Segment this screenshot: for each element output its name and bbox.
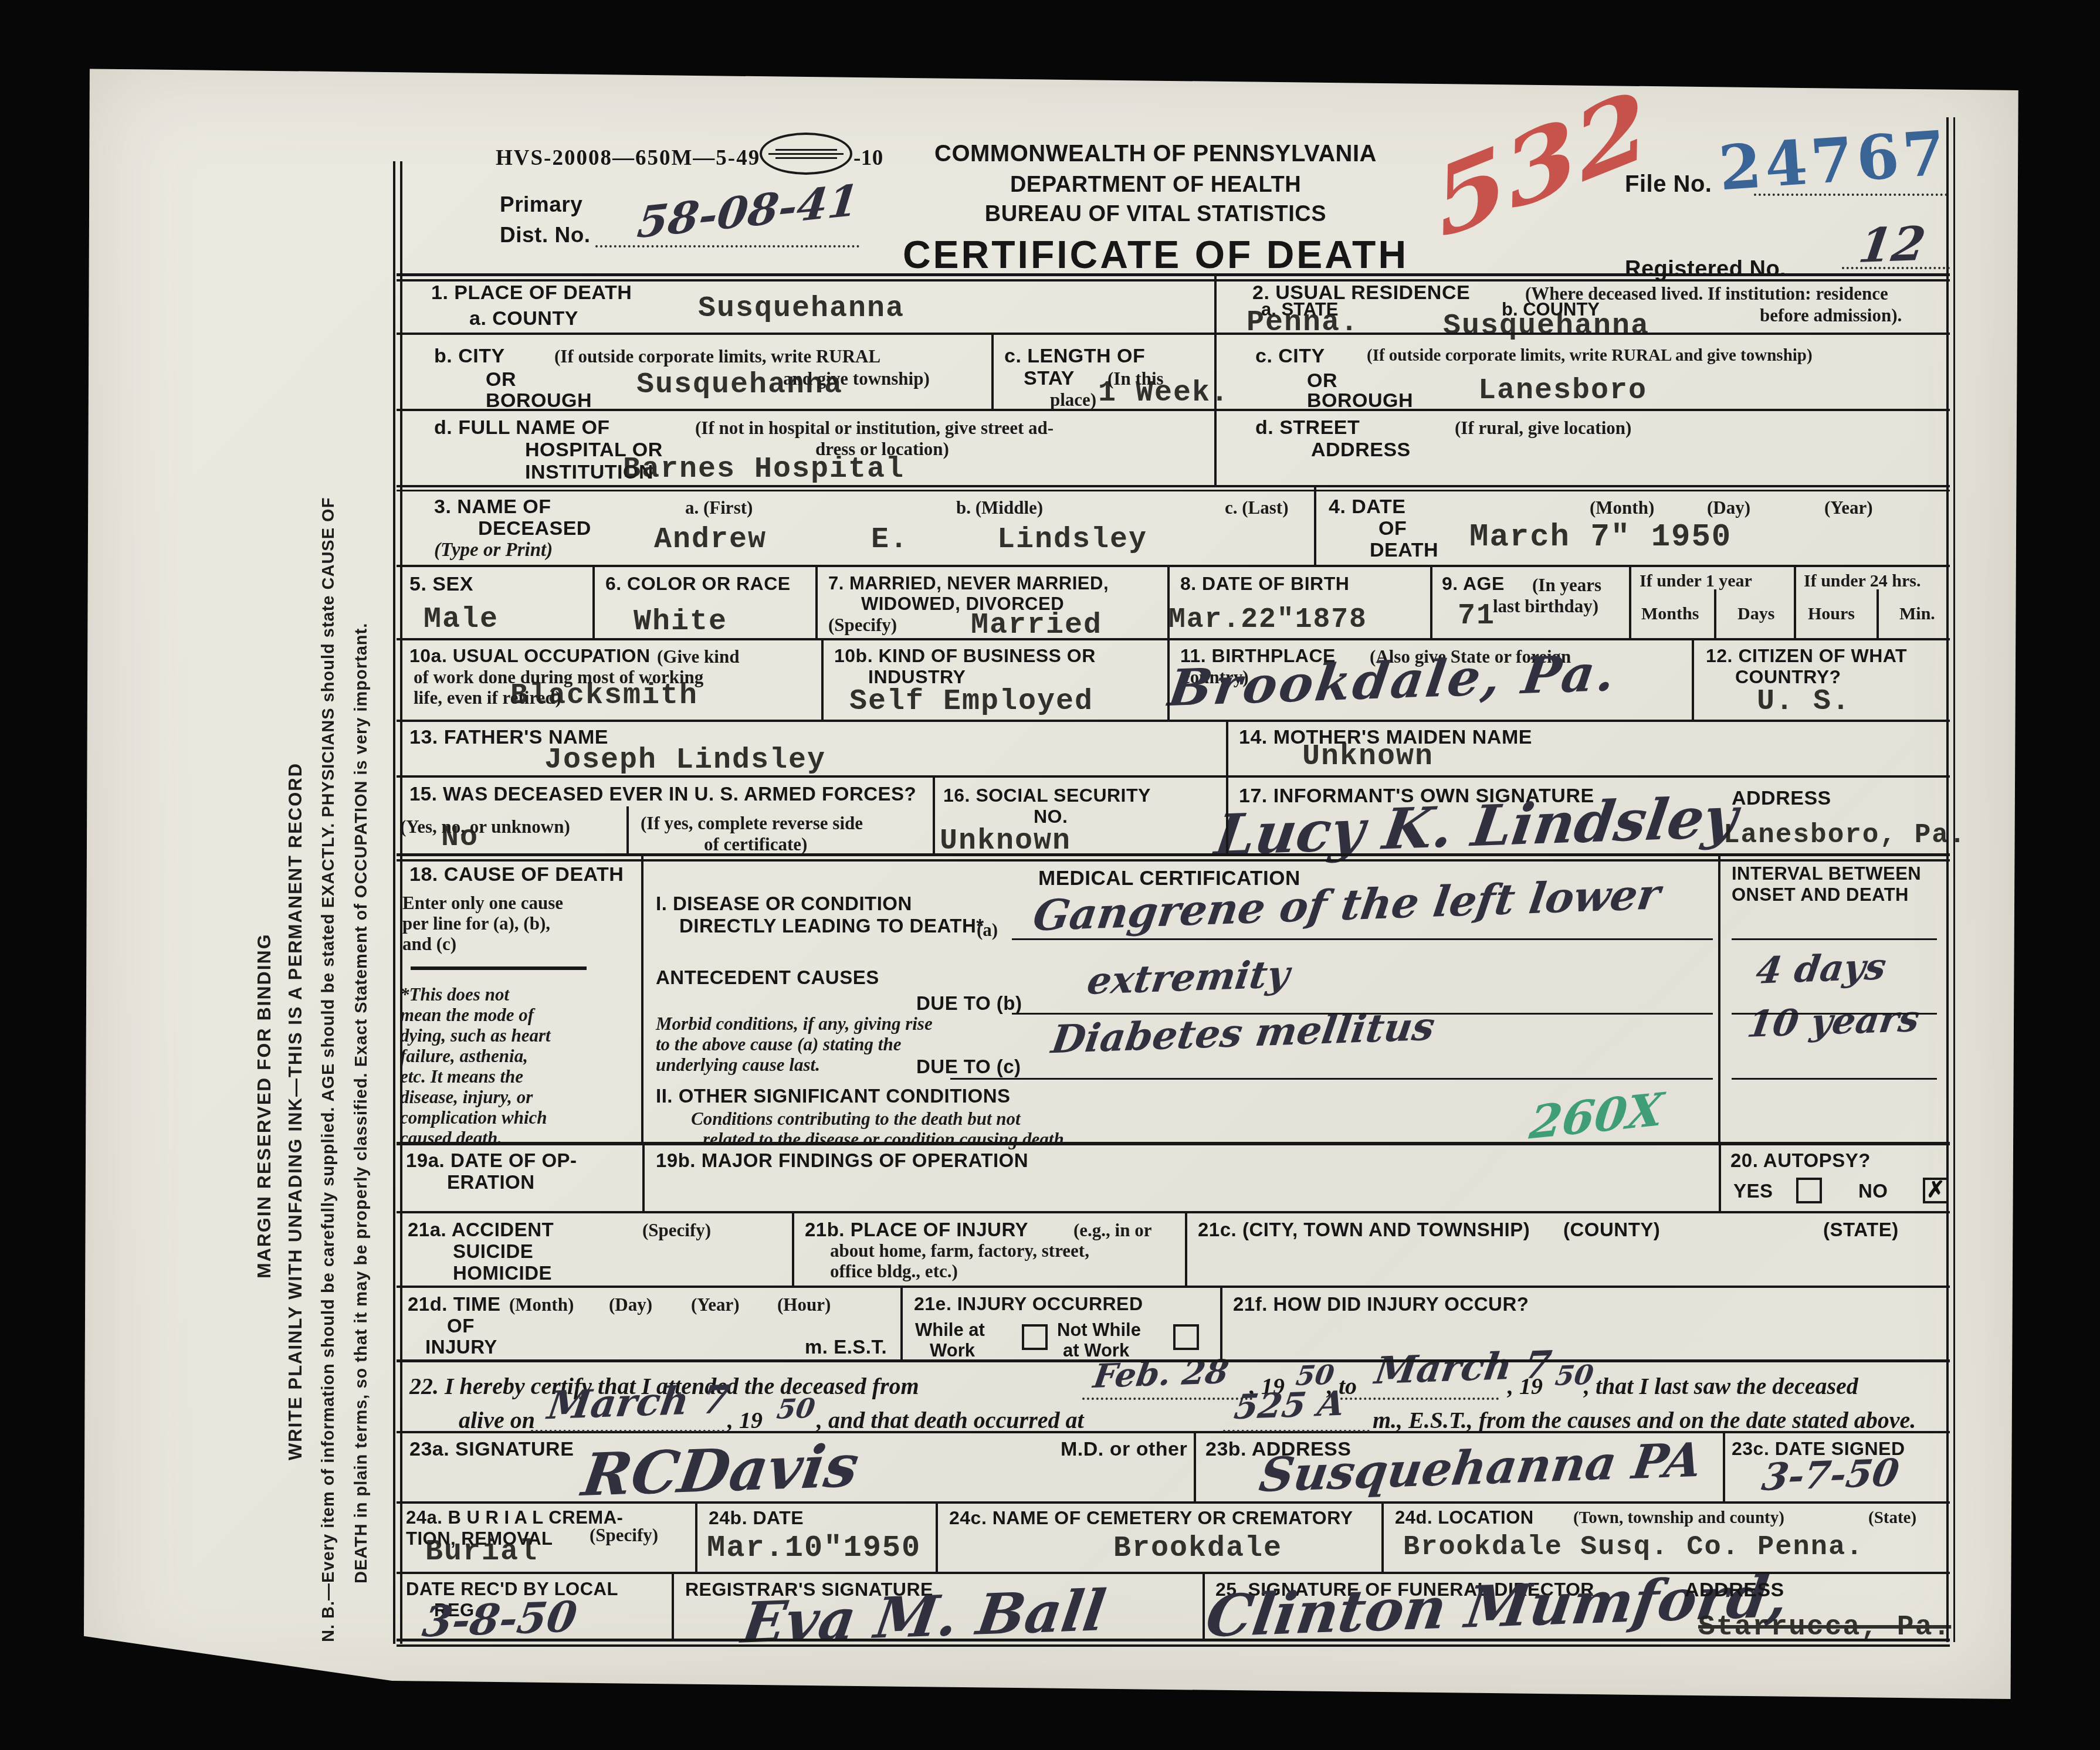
interval-label-2: ONSET AND DEATH	[1732, 884, 1909, 905]
field-8-label: 8. DATE OF BIRTH	[1180, 573, 1349, 595]
field-5-value: Male	[424, 603, 499, 636]
field-4-value: March 7" 1950	[1469, 520, 1732, 555]
rule-horizontal-2	[397, 409, 1950, 411]
field-15-label: 15. WAS DECEASED EVER IN U. S. ARMED FOR…	[409, 783, 916, 805]
dotted-rule-5	[531, 1430, 724, 1432]
due-to-b-label: DUE TO (b)	[916, 992, 1022, 1015]
rule-vertical-20	[641, 856, 643, 1142]
field-19a-label-1: 19a. DATE OF OP-	[406, 1149, 577, 1172]
field-8-value: Mar.22"1878	[1168, 604, 1367, 636]
field-4-label-1: 4. DATE	[1329, 496, 1405, 518]
autopsy-no-checkmark: ✗	[1925, 1180, 1946, 1200]
injury-while-at-work-checkbox[interactable]	[1022, 1324, 1048, 1350]
cause-of-death-a-value-2: extremity	[1085, 952, 1292, 1003]
field-21c-county-label: (COUNTY)	[1563, 1219, 1660, 1241]
field-1c-value: 1 Week.	[1098, 377, 1229, 410]
field-21d-year: (Year)	[691, 1294, 740, 1315]
field-12-label-1: 12. CITIZEN OF WHAT	[1706, 645, 1907, 667]
rule-vertical-2	[1214, 333, 1217, 409]
rule-vertical-32	[1381, 1501, 1384, 1572]
form-border-left-outer	[393, 161, 395, 1644]
primary-dist-label-2: Dist. No.	[500, 223, 591, 247]
field-24a-value: Burial	[425, 1535, 538, 1569]
rule-vertical-1	[991, 333, 994, 409]
field-9-hours-label: Hours	[1808, 604, 1855, 624]
rule-horizontal-9	[397, 1142, 1950, 1145]
field-9-months-label: Months	[1641, 604, 1699, 624]
field-9-days-label: Days	[1737, 604, 1774, 624]
field-9-under1yr-label: If under 1 year	[1640, 571, 1752, 591]
field-18-I-label-2: DIRECTLY LEADING TO DEATH*	[679, 915, 984, 937]
rule-horizontal-15	[397, 1572, 1950, 1574]
field-4-label-3: DEATH	[1370, 539, 1438, 562]
field-24c-value: Brookdale	[1113, 1532, 1282, 1565]
field-4-month-label: (Month)	[1590, 497, 1654, 518]
rule-vertical-22	[642, 1142, 645, 1211]
field-5-label: 5. SEX	[409, 573, 473, 596]
margin-note-nb-1: N. B.—Every item of information should b…	[319, 164, 338, 1642]
rule-vertical-24	[792, 1211, 794, 1286]
field-2d-hint: (If rural, give location)	[1455, 418, 1631, 439]
rule-vertical-30	[695, 1501, 697, 1572]
field-1c-label-1: c. LENGTH OF	[1004, 345, 1145, 368]
field-21a-specify: (Specify)	[642, 1220, 711, 1241]
field-24d-hint-2: (State)	[1868, 1508, 1916, 1528]
antecedent-causes-label: ANTECEDENT CAUSES	[656, 966, 879, 989]
field-15-value: No	[441, 821, 479, 854]
field-12-value: U. S.	[1757, 685, 1851, 718]
rule-vertical-23	[1719, 1142, 1721, 1211]
field-17-address-value: Lanesboro, Pa.	[1723, 820, 1966, 850]
rule-horizontal-6	[397, 720, 1950, 722]
field-18-II-hint-1: Conditions contributing to the death but…	[691, 1108, 1021, 1130]
rule-vertical-10	[1794, 565, 1796, 638]
field-6-label: 6. COLOR OR RACE	[605, 573, 791, 595]
rule-horizontal-11	[397, 1286, 1950, 1288]
rule-vertical-29	[1723, 1431, 1725, 1501]
field-21c-label: 21c. (CITY, TOWN AND TOWNSHIP)	[1198, 1219, 1530, 1241]
field-21e-notwhile-1: Not While	[1057, 1320, 1141, 1341]
field-4-label-2: OF	[1378, 517, 1407, 540]
morbid-conditions-note-3: underlying cause last.	[656, 1054, 820, 1076]
field-9-value: 71	[1458, 599, 1495, 633]
field-21c-state-label: (STATE)	[1823, 1219, 1899, 1241]
field-21a-label-1: 21a. ACCIDENT	[408, 1219, 554, 1241]
margin-note-nb-2: DEATH in plain terms, so that it may be …	[352, 258, 371, 1583]
field-21b-hint-3: office bldg., etc.)	[830, 1261, 958, 1282]
rule-horizontal-19	[950, 1078, 1713, 1080]
form-number: HVS-20008—650M—5-49	[496, 145, 760, 171]
field-3c-value: Lindsley	[997, 523, 1147, 557]
field-1d-value: Barnes Hospital	[623, 453, 905, 486]
field-18-star-note-3: dying, such as heart	[400, 1025, 551, 1046]
field-2-hint-2: before admission).	[1760, 305, 1902, 326]
interval-b-value: 10 years	[1745, 997, 1922, 1046]
dotted-rule-6	[1223, 1430, 1370, 1432]
rule-horizontal-23	[411, 966, 587, 970]
field-21d-label-1: 21d. TIME	[408, 1293, 501, 1315]
field-17-address-label: ADDRESS	[1732, 787, 1831, 810]
field-21a-label-3: HOMICIDE	[453, 1262, 552, 1284]
dotted-rule-4	[1340, 1398, 1499, 1400]
field-10b-label-1: 10b. KIND OF BUSINESS OR	[834, 645, 1096, 667]
field-24d-hint-1: (Town, township and county)	[1573, 1508, 1784, 1528]
field-14-value: Unknown	[1302, 740, 1434, 774]
field-21e-label: 21e. INJURY OCCURRED	[914, 1293, 1143, 1315]
field-18-note-1: Enter only one cause	[402, 893, 563, 914]
interval-a-value: 4 days	[1753, 945, 1889, 992]
field-1b-label: b. CITY	[434, 345, 505, 368]
field-1a-label: a. COUNTY	[469, 307, 578, 330]
field-4-day-label: (Day)	[1707, 497, 1750, 518]
rule-vertical-21	[1718, 856, 1720, 1142]
field-2d-label-2: ADDRESS	[1311, 439, 1411, 462]
field-18-star-note-1: *This does not	[400, 984, 509, 1005]
certify-alive-date: March 7	[545, 1376, 733, 1429]
autopsy-no-label: NO	[1858, 1180, 1888, 1202]
field-18-star-note-5: etc. It means the	[400, 1066, 523, 1087]
field-21d-hour: (Hour)	[777, 1294, 831, 1315]
field-18-star-note-4: failure, asthenia,	[400, 1046, 528, 1067]
rule-vertical-34	[1203, 1572, 1205, 1639]
field-24d-label: 24d. LOCATION	[1395, 1507, 1534, 1528]
rule-horizontal-21	[1732, 1013, 1937, 1015]
field-18-star-note-6: disease, injury, or	[400, 1087, 533, 1108]
form-border-right-inner	[1953, 117, 1955, 1642]
field-3b-label: b. (Middle)	[956, 497, 1043, 518]
field-19b-label: 19b. MAJOR FINDINGS OF OPERATION	[656, 1149, 1028, 1172]
field-21e-while-2: Work	[930, 1340, 975, 1361]
field-2c-value: Lanesboro	[1478, 374, 1647, 408]
field-21d-day: (Day)	[609, 1294, 652, 1315]
injury-not-while-at-work-checkbox[interactable]	[1173, 1324, 1199, 1350]
certify-text-9: m., E.S.T., from the causes and on the d…	[1373, 1406, 1916, 1434]
field-18-a-tag: (a)	[977, 920, 998, 941]
field-18-note-2: per line for (a), (b),	[402, 913, 550, 934]
rule-horizontal-18	[1012, 1013, 1713, 1015]
rule-horizontal-17	[1012, 938, 1713, 940]
field-1b-value: Susquehanna	[636, 368, 843, 402]
rule-vertical-19	[1226, 775, 1228, 856]
field-7-label-1: 7. MARRIED, NEVER MARRIED,	[828, 573, 1109, 594]
rule-vertical-14	[1167, 638, 1170, 720]
rule-vertical-13	[821, 638, 824, 720]
dotted-rule-2	[1842, 267, 1950, 269]
field-21d-label-3: INJURY	[425, 1336, 497, 1358]
rule-vertical-33	[672, 1572, 674, 1639]
dotted-rule-1	[1754, 194, 1947, 196]
rule-vertical-3	[1214, 409, 1217, 485]
field-9-label: 9. AGE	[1442, 573, 1505, 595]
date-signed-value: 3-7-50	[1759, 1451, 1902, 1500]
field-9-min-label: Min.	[1899, 604, 1935, 624]
field-24a-specify: (Specify)	[590, 1525, 658, 1546]
field-21b-hint-2: about home, farm, factory, street,	[830, 1240, 1089, 1261]
rule-vertical-17	[626, 806, 629, 856]
field-1a-value: Susquehanna	[698, 292, 905, 325]
field-21e-while-1: While at	[915, 1320, 985, 1341]
rule-vertical-15	[1692, 638, 1694, 720]
field-4-year-label: (Year)	[1824, 497, 1873, 518]
file-no-label: File No.	[1625, 171, 1712, 198]
physician-signature: RCDavis	[578, 1431, 863, 1510]
field-3-label-1: 3. NAME OF	[434, 496, 551, 518]
field-1d-hint-1: (If not in hospital or institution, give…	[695, 418, 1054, 439]
field-10a-value: Blacksmith	[510, 679, 698, 713]
form-border-left-inner	[400, 161, 402, 1644]
field-23a-md-label: M.D. or other	[1061, 1438, 1187, 1461]
field-24b-label: 24b. DATE	[709, 1507, 804, 1529]
field-3-label-3: (Type or Print)	[434, 540, 553, 561]
rule-vertical-31	[936, 1501, 938, 1572]
field-1b-hint-1: (If outside corporate limits, write RURA…	[554, 346, 880, 367]
header-department: DEPARTMENT OF HEALTH	[862, 172, 1449, 198]
rule-horizontal-22	[1732, 1078, 1937, 1080]
rule-horizontal-0	[397, 273, 1950, 282]
field-18-II-label: II. OTHER SIGNIFICANT CONDITIONS	[656, 1085, 1011, 1107]
field-15-hint-3: of certificate)	[704, 834, 807, 855]
rule-vertical-4	[1314, 485, 1316, 565]
field-1-label: 1. PLACE OF DEATH	[431, 282, 632, 304]
field-10a-hint-1: (Give kind	[657, 646, 739, 667]
rule-horizontal-4	[397, 565, 1950, 567]
field-15-hint-2: (If yes, complete reverse side	[641, 813, 863, 834]
field-16-label-1: 16. SOCIAL SECURITY	[943, 785, 1151, 806]
field-1c-label-2: STAY	[1024, 367, 1075, 390]
rule-horizontal-10	[397, 1211, 1950, 1213]
rule-horizontal-20	[1732, 938, 1937, 940]
field-25-address-label: ADDRESS	[1685, 1579, 1784, 1602]
field-18-II-hint-2: related to the disease or condition caus…	[703, 1129, 1068, 1150]
margin-note-permanent-record: WRITE PLAINLY WITH UNFADING INK—THIS IS …	[285, 434, 306, 1460]
field-18-star-note-2: mean the mode of	[400, 1005, 534, 1026]
rule-vertical-25	[1185, 1211, 1187, 1286]
field-18-star-note-8: caused death.	[400, 1128, 502, 1149]
field-21b-hint-1: (e.g., in or	[1073, 1220, 1151, 1241]
field-21d-est: m. E.S.T.	[805, 1336, 887, 1358]
field-13-value: Joseph Lindsley	[544, 744, 826, 777]
certify-time-value: 525 A	[1232, 1383, 1347, 1427]
autopsy-yes-label: YES	[1733, 1180, 1773, 1202]
field-21f-label: 21f. HOW DID INJURY OCCUR?	[1233, 1293, 1529, 1315]
field-18-note-3: and (c)	[402, 934, 456, 955]
rule-vertical-9	[1629, 565, 1631, 638]
scanned-death-certificate: MARGIN RESERVED FOR BINDING WRITE PLAINL…	[0, 0, 2100, 1750]
autopsy-yes-checkbox[interactable]	[1796, 1178, 1822, 1203]
registered-no-value: 12	[1855, 216, 1929, 273]
certify-text-4: , 19	[1508, 1372, 1543, 1400]
field-3a-label: a. (First)	[685, 497, 753, 518]
rule-horizontal-3	[397, 485, 1950, 491]
field-1b-or: OR	[486, 368, 516, 391]
dotted-rule-0	[595, 245, 859, 247]
primary-dist-label-1: Primary	[500, 192, 582, 217]
field-7-hint: (Specify)	[828, 615, 897, 636]
rule-horizontal-16	[397, 1639, 1950, 1647]
rule-vertical-8	[1430, 565, 1432, 638]
rule-horizontal-1	[397, 333, 1950, 335]
field-2c-hint: (If outside corporate limits, write RURA…	[1367, 346, 1813, 365]
rule-vertical-5	[592, 565, 595, 638]
field-21d-month: (Month)	[509, 1294, 574, 1315]
field-10b-value: Self Employed	[849, 685, 1093, 718]
rule-vertical-0	[1214, 276, 1217, 333]
field-24d-value: Brookdale Susq. Co. Penna.	[1403, 1532, 1864, 1563]
field-2c-label: c. CITY	[1255, 345, 1325, 368]
header-commonwealth: COMMONWEALTH OF PENNSYLVANIA	[862, 141, 1449, 167]
rule-vertical-26	[900, 1286, 903, 1359]
rule-vertical-28	[1194, 1431, 1196, 1501]
field-21d-label-2: OF	[447, 1315, 475, 1337]
field-21a-label-2: SUICIDE	[453, 1240, 533, 1263]
certify-text-6: alive on	[459, 1406, 535, 1434]
field-3-label-2: DECEASED	[478, 517, 591, 540]
due-to-c-label: DUE TO (c)	[916, 1056, 1021, 1078]
certify-text-7: , 19	[727, 1406, 763, 1434]
field-6-value: White	[634, 605, 727, 639]
rule-horizontal-8	[397, 853, 1950, 862]
field-1d-label-1: d. FULL NAME OF	[434, 416, 610, 439]
rule-vertical-7	[1167, 565, 1170, 638]
field-18-star-note-7: complication which	[400, 1107, 547, 1128]
rule-vertical-27	[1220, 1286, 1222, 1359]
certify-text-8: , and that death occurred at	[817, 1406, 1084, 1434]
rule-vertical-18	[933, 775, 935, 856]
form-border-right-outer	[1946, 117, 1949, 1642]
field-3c-label: c. (Last)	[1225, 497, 1288, 518]
rule-horizontal-5	[397, 638, 1950, 640]
morbid-conditions-note-1: Morbid conditions, if any, giving rise	[656, 1013, 933, 1035]
field-9-hint-2: last birthday)	[1493, 596, 1598, 617]
field-1c-hint-2: place)	[1050, 389, 1096, 411]
rule-vertical-12	[1877, 589, 1879, 638]
field-18-I-label-1: I. DISEASE OR CONDITION	[656, 893, 912, 915]
rule-horizontal-12	[397, 1359, 1950, 1362]
field-3b-value: E.	[871, 523, 909, 557]
rule-vertical-6	[815, 565, 818, 638]
autopsy-no-checkbox[interactable]: ✗	[1923, 1178, 1949, 1203]
field-10a-label: 10a. USUAL OCCUPATION	[409, 645, 651, 667]
field-2b-value: Susquehanna	[1443, 310, 1649, 343]
certify-alive-year: 50	[775, 1392, 817, 1425]
field-20-label: 20. AUTOPSY?	[1730, 1149, 1871, 1172]
rule-vertical-11	[1714, 589, 1716, 638]
field-18-label: 18. CAUSE OF DEATH	[409, 863, 624, 886]
rule-horizontal-14	[397, 1501, 1950, 1504]
field-2d-label-1: d. STREET	[1255, 416, 1360, 439]
field-21b-label: 21b. PLACE OF INJURY	[805, 1219, 1028, 1241]
field-9-hint-1: (In years	[1532, 575, 1601, 596]
field-7-value: Married	[971, 609, 1102, 642]
rule-horizontal-7	[397, 775, 1950, 778]
field-23a-label: 23a. SIGNATURE	[409, 1438, 574, 1461]
field-9-under24-label: If under 24 hrs.	[1804, 571, 1921, 591]
margin-note-binding: MARGIN RESERVED FOR BINDING	[253, 633, 275, 1278]
dotted-rule-3	[1082, 1398, 1252, 1400]
field-19a-label-2: ERATION	[447, 1171, 535, 1193]
field-24c-label: 24c. NAME OF CEMETERY OR CREMATORY	[949, 1507, 1353, 1529]
morbid-conditions-note-2: to the above cause (a) stating the	[656, 1034, 901, 1055]
header-bureau: BUREAU OF VITAL STATISTICS	[862, 202, 1449, 227]
field-3a-value: Andrew	[654, 523, 767, 557]
rule-vertical-16	[1226, 720, 1228, 775]
certificate-title: CERTIFICATE OF DEATH	[833, 232, 1478, 277]
certify-text-5: , that I last saw the deceased	[1584, 1372, 1858, 1400]
field-15-hint-1: (Yes, no, or unknown)	[400, 816, 570, 837]
field-24b-value: Mar.10"1950	[707, 1531, 921, 1565]
interval-label-1: INTERVAL BETWEEN	[1732, 863, 1921, 884]
union-label-seal-icon	[760, 133, 852, 175]
